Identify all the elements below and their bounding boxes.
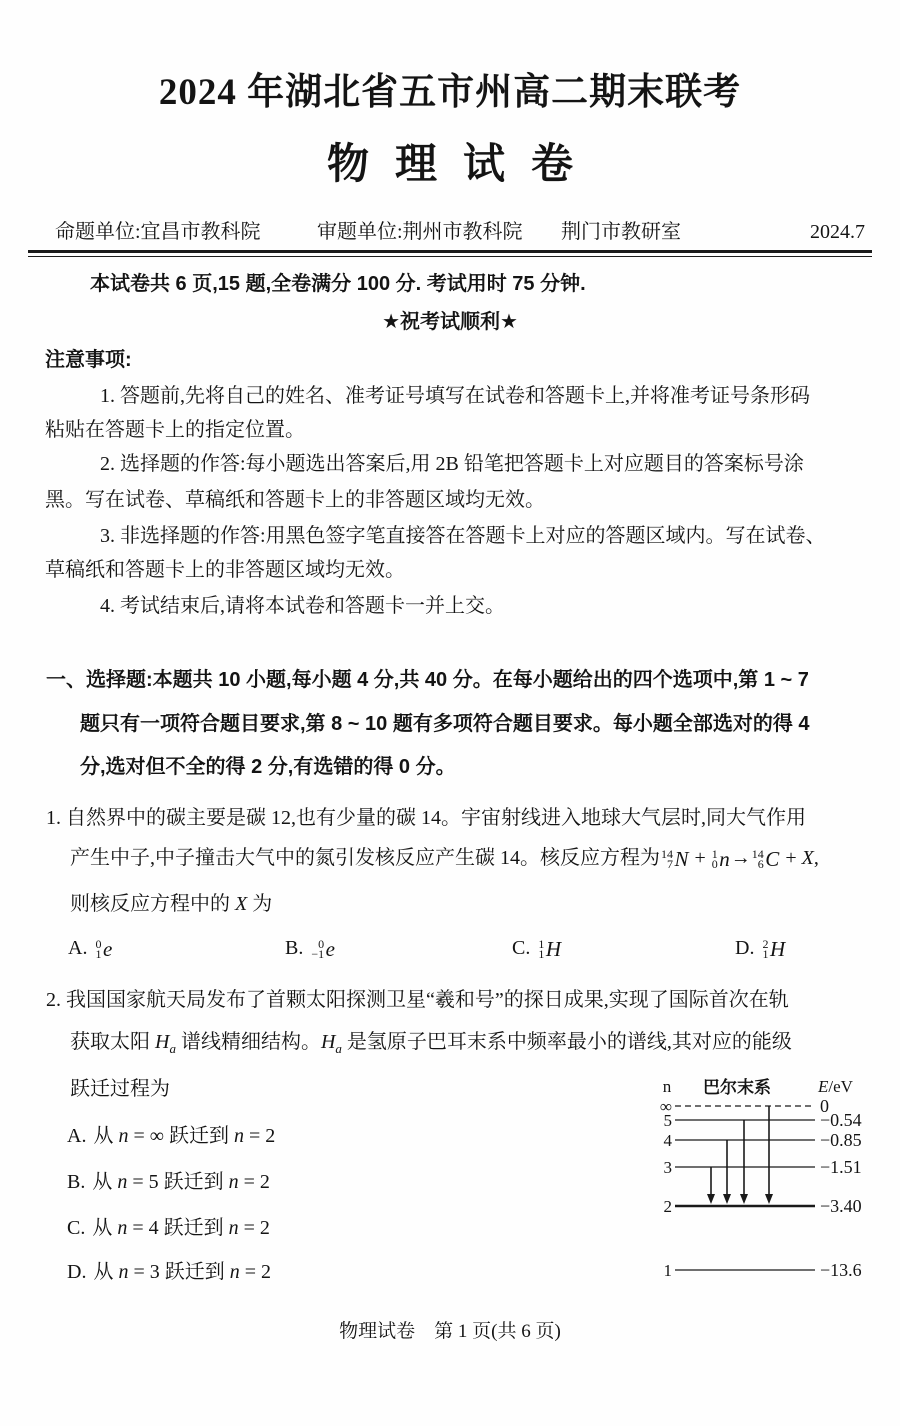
q2-line-3: 跃迁过程为 xyxy=(70,1077,170,1102)
jump-word: 跃迁到 xyxy=(165,1261,230,1283)
element-symbol: e xyxy=(103,936,112,962)
section-1-heading-line-1: 一、选择题:本题共 10 小题,每小题 4 分,共 40 分。在每小题给出的四个… xyxy=(46,668,809,693)
to-value: = 2 xyxy=(240,1261,271,1283)
level-label: 5 xyxy=(664,1111,673,1130)
notice-title: 注意事项: xyxy=(45,348,132,373)
paper-date: 2024.7 xyxy=(810,220,865,245)
atomic-number: 1 xyxy=(95,949,101,960)
level-energy: −0.85 xyxy=(820,1130,862,1150)
to-value: = 2 xyxy=(239,1217,270,1239)
q2-option-d: D.从 n = 3 跃迁到 n = 2 xyxy=(67,1260,271,1285)
nuclide-neutron: 10n xyxy=(712,846,730,872)
plus-sign: + xyxy=(780,847,801,869)
exam-paper-page: 2024 年湖北省五市州高二期末联考 物理试卷 命题单位:宜昌市教科院 审题单位… xyxy=(0,0,900,1426)
proposer-unit: 命题单位:宜昌市教科院 xyxy=(55,220,261,245)
h-alpha-symbol: H xyxy=(321,1031,335,1053)
level-label: 2 xyxy=(664,1197,673,1216)
q2-option-b: B.从 n = 5 跃迁到 n = 2 xyxy=(67,1170,270,1195)
element-symbol: N xyxy=(675,846,689,872)
from-word: 从 xyxy=(92,1171,117,1193)
level-energy: −0.54 xyxy=(820,1110,862,1130)
level-label: 3 xyxy=(664,1158,673,1177)
notice-2-line-2: 黑。写在试卷、草稿纸和答题卡上的非答题区域均无效。 xyxy=(45,488,545,513)
jump-word: 跃迁到 xyxy=(169,1125,234,1147)
nuclide-option: 0−1e xyxy=(311,936,335,962)
q1-line-3: 则核反应方程中的 X 为 xyxy=(70,892,272,917)
option-label: C. xyxy=(512,937,530,959)
notice-3-line-1: 3. 非选择题的作答:用黑色签字笔直接答在答题卡上对应的答题区域内。写在试卷、 xyxy=(100,524,826,549)
nuclide-option: 01e xyxy=(95,936,112,962)
good-luck-banner: ★祝考试顺利★ xyxy=(0,310,900,335)
arrowhead xyxy=(723,1194,731,1204)
diagram-series-title: 巴尔末系 xyxy=(703,1077,771,1097)
q1-line-3-tail: 为 xyxy=(247,893,272,915)
level-label: 4 xyxy=(664,1131,673,1150)
q2-line-2-seg-2: 谱线精细结构。 xyxy=(176,1031,321,1053)
atomic-number: 7 xyxy=(667,859,673,870)
q1-option-c: C.11H xyxy=(512,936,562,963)
diagram-n-axis-label: n xyxy=(663,1077,672,1096)
level-energy: −3.40 xyxy=(820,1196,862,1216)
from-value: = 4 xyxy=(127,1217,163,1239)
nuclide-option: 11H xyxy=(538,936,561,962)
option-label: D. xyxy=(735,937,754,959)
atomic-number: 0 xyxy=(712,859,718,870)
from-word: 从 xyxy=(93,1261,118,1283)
nuclide-option: 21H xyxy=(762,936,785,962)
section-1-heading-line-3: 分,选对但不全的得 2 分,有选错的得 0 分。 xyxy=(80,755,456,780)
double-divider xyxy=(28,250,872,257)
atomic-number: 1 xyxy=(538,949,544,960)
n-variable: n xyxy=(117,1171,127,1193)
option-label: D. xyxy=(67,1261,86,1283)
q2-option-c: C.从 n = 4 跃迁到 n = 2 xyxy=(67,1216,270,1241)
n-variable: n xyxy=(230,1261,240,1283)
element-symbol: e xyxy=(326,936,335,962)
q2-line-1: 2. 我国国家航天局发布了首颗太阳探测卫星“羲和号”的探日成果,实现了国际首次在… xyxy=(46,988,789,1013)
unknown-x: X xyxy=(802,847,814,869)
to-value: = 2 xyxy=(244,1125,275,1147)
q2-line-2-seg-3: 是氢原子巴耳末系中频率最小的谱线,其对应的能级 xyxy=(342,1031,792,1053)
page-title: 2024 年湖北省五市州高二期末联考 xyxy=(0,70,900,116)
element-symbol: H xyxy=(770,936,785,962)
n-variable: n xyxy=(229,1171,239,1193)
element-symbol: n xyxy=(719,846,730,872)
level-energy: −13.6 xyxy=(820,1260,862,1280)
plus-sign: + xyxy=(690,847,711,869)
atomic-number: 6 xyxy=(758,859,764,870)
unknown-x: X xyxy=(235,893,247,915)
notice-1-line-1: 1. 答题前,先将自己的姓名、准考证号填写在试卷和答题卡上,并将准考证号条形码 xyxy=(100,384,810,409)
q2-line-2: 获取太阳 Ha 谱线精细结构。Ha 是氢原子巴耳末系中频率最小的谱线,其对应的能… xyxy=(70,1030,792,1057)
from-value: = 5 xyxy=(127,1171,163,1193)
from-word: 从 xyxy=(92,1217,117,1239)
q1-option-a: A.01e xyxy=(68,936,113,963)
energy-level-diagram: n 巴尔末系 E/eV ∞ 0 5 −0.54 4 −0.85 3 −1.51 … xyxy=(648,1074,884,1292)
element-symbol: C xyxy=(765,846,779,872)
notice-3-line-2: 草稿纸和答题卡上的非答题区域均无效。 xyxy=(45,558,405,583)
q1-option-d: D.21H xyxy=(735,936,786,963)
page-footer: 物理试卷 第 1 页(共 6 页) xyxy=(0,1320,900,1344)
q2-line-2-seg-1: 获取太阳 xyxy=(70,1031,155,1053)
notice-2-line-1: 2. 选择题的作答:每小题选出答案后,用 2B 铅笔把答题卡上对应题目的答案标号… xyxy=(100,452,804,477)
exam-info: 本试卷共 6 页,15 题,全卷满分 100 分. 考试用时 75 分钟. xyxy=(90,272,586,297)
notice-1-line-2: 粘贴在答题卡上的指定位置。 xyxy=(45,418,305,443)
reaction-arrow: → xyxy=(731,847,751,869)
comma: , xyxy=(814,847,819,869)
nuclide-nitrogen-14: 147N xyxy=(661,846,689,872)
reviewer-unit-2: 荆门市教研室 xyxy=(561,220,681,245)
q1-equation-lead: 产生中子,中子撞击大气中的氮引发核反应产生碳 14。核反应方程为 xyxy=(70,847,660,869)
diagram-energy-axis-label: E/eV xyxy=(817,1077,854,1096)
section-1-heading-line-2: 题只有一项符合题目要求,第 8 ~ 10 题有多项符合题目要求。每小题全部选对的… xyxy=(80,712,810,737)
option-label: A. xyxy=(68,937,87,959)
atomic-number: −1 xyxy=(311,949,324,960)
option-label: B. xyxy=(285,937,303,959)
nuclide-carbon-14: 146C xyxy=(752,846,780,872)
q1-line-1: 1. 自然界中的碳主要是碳 12,也有少量的碳 14。宇宙射线进入地球大气层时,… xyxy=(46,806,806,831)
q2-option-a: A.从 n = ∞ 跃迁到 n = 2 xyxy=(67,1124,275,1149)
jump-word: 跃迁到 xyxy=(164,1217,229,1239)
to-value: = 2 xyxy=(239,1171,270,1193)
from-value: = ∞ xyxy=(128,1125,169,1147)
atomic-number: 1 xyxy=(762,949,768,960)
level-label: 1 xyxy=(664,1261,673,1280)
q1-line-2: 产生中子,中子撞击大气中的氮引发核反应产生碳 14。核反应方程为147N + 1… xyxy=(70,846,819,873)
arrowhead xyxy=(765,1194,773,1204)
option-label: B. xyxy=(67,1171,85,1193)
n-variable: n xyxy=(118,1261,128,1283)
from-word: 从 xyxy=(93,1125,118,1147)
from-value: = 3 xyxy=(128,1261,164,1283)
n-variable: n xyxy=(118,1125,128,1147)
n-variable: n xyxy=(229,1217,239,1239)
q1-line-3-text: 则核反应方程中的 xyxy=(70,893,235,915)
option-label: A. xyxy=(67,1125,86,1147)
q1-option-b: B.0−1e xyxy=(285,936,336,963)
level-energy: −1.51 xyxy=(820,1157,862,1177)
option-label: C. xyxy=(67,1217,85,1239)
n-variable: n xyxy=(234,1125,244,1147)
n-variable: n xyxy=(117,1217,127,1239)
h-alpha-symbol: H xyxy=(155,1031,169,1053)
arrowhead xyxy=(740,1194,748,1204)
arrowhead xyxy=(707,1194,715,1204)
reviewer-unit: 审题单位:荆州市教科院 xyxy=(317,220,523,245)
notice-4: 4. 考试结束后,请将本试卷和答题卡一并上交。 xyxy=(100,594,505,619)
subject-title: 物理试卷 xyxy=(0,138,900,191)
element-symbol: H xyxy=(546,936,561,962)
jump-word: 跃迁到 xyxy=(164,1171,229,1193)
